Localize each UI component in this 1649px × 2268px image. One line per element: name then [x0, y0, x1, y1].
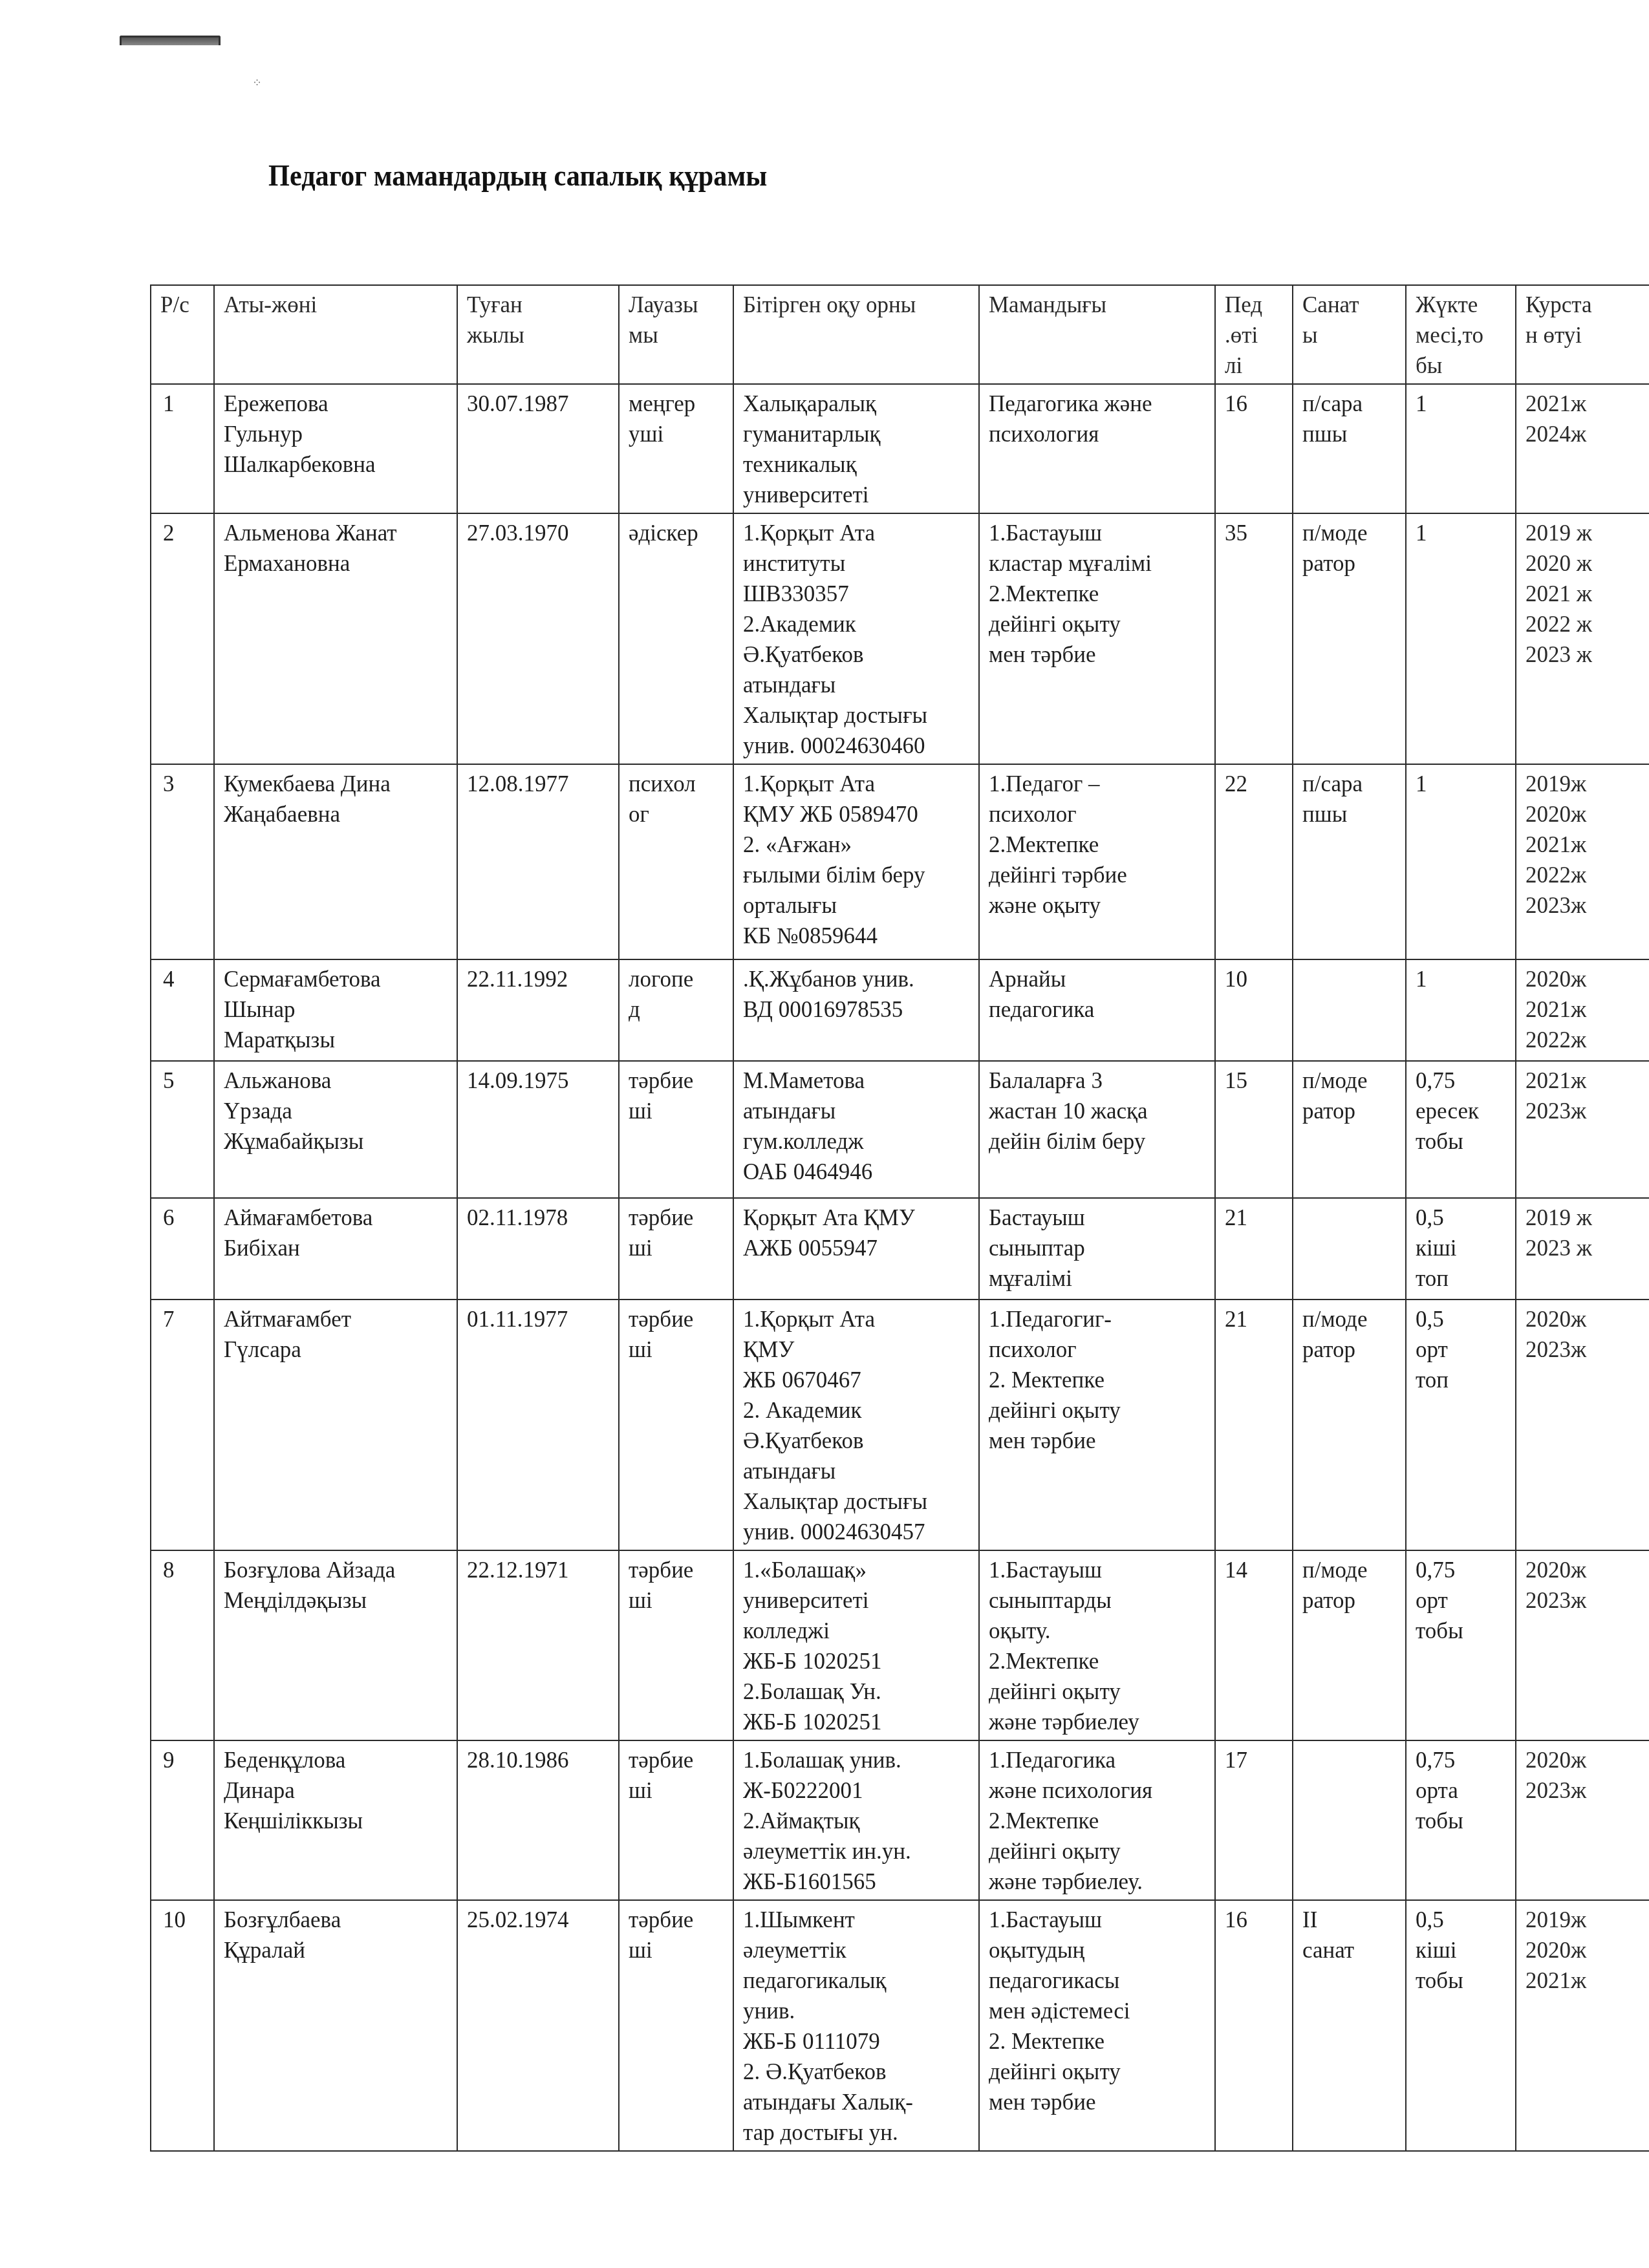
birth-date-cell: 12.08.1977 — [457, 764, 619, 959]
specialty-cell: 1.Педагогиг- психолог 2. Мектепке дейінг… — [979, 1300, 1215, 1550]
teacher-name-cell: Сермағамбетова Шынар Маратқызы — [214, 959, 457, 1061]
graduated-institution-cell: Халықаралық гуманитарлық техникалық унив… — [733, 384, 979, 513]
graduated-institution-cell: М.Маметова атындағы гум.колледж ОАБ 0464… — [733, 1061, 979, 1198]
teaching-experience-cell: 15 — [1215, 1061, 1293, 1198]
table-row: 2Альменова Жанат Ермахановна27.03.1970әд… — [151, 513, 1649, 764]
category-cell: п/моде ратор — [1293, 1061, 1406, 1198]
specialty-cell: 1.Педагогика және психология 2.Мектепке … — [979, 1740, 1215, 1900]
table-row: 6Аймағамбетова Бибіхан02.11.1978тәрбие ш… — [151, 1198, 1649, 1300]
category-cell — [1293, 1198, 1406, 1300]
graduated-institution-cell: 1.Қорқыт Ата институты ШВ330357 2.Академ… — [733, 513, 979, 764]
birth-date-cell: 14.09.1975 — [457, 1061, 619, 1198]
specialty-cell: 1.Педагог – психолог 2.Мектепке дейінгі … — [979, 764, 1215, 959]
workload-group-cell: 0,75 орт тобы — [1406, 1550, 1516, 1740]
header-name: Аты-жөні — [214, 285, 457, 384]
category-cell — [1293, 1740, 1406, 1900]
row-number-cell: 2 — [151, 513, 214, 764]
header-born: Туған жылы — [457, 285, 619, 384]
table-row: 5Альжанова Үрзада Жұмабайқызы14.09.1975т… — [151, 1061, 1649, 1198]
courses-completed-cell: 2020ж 2021ж 2022ж — [1516, 959, 1649, 1061]
position-cell: тәрбие ші — [619, 1550, 733, 1740]
teaching-experience-cell: 14 — [1215, 1550, 1293, 1740]
courses-completed-cell: 2020ж 2023ж — [1516, 1740, 1649, 1900]
category-cell — [1293, 959, 1406, 1061]
workload-group-cell: 0,75 орта тобы — [1406, 1740, 1516, 1900]
position-cell: тәрбие ші — [619, 1061, 733, 1198]
birth-date-cell: 22.12.1971 — [457, 1550, 619, 1740]
graduated-institution-cell: 1.Болашақ унив. Ж-Б0222001 2.Аймақтық әл… — [733, 1740, 979, 1900]
specialty-cell: 1.Бастауыш оқытудың педагогикасы мен әді… — [979, 1900, 1215, 2151]
workload-group-cell: 0,5 орт топ — [1406, 1300, 1516, 1550]
table-row: 1Ережепова Гульнур Шалкарбековна30.07.19… — [151, 384, 1649, 513]
workload-group-cell: 1 — [1406, 513, 1516, 764]
position-cell: логопе д — [619, 959, 733, 1061]
teaching-experience-cell: 16 — [1215, 384, 1293, 513]
table-row: 4Сермағамбетова Шынар Маратқызы22.11.199… — [151, 959, 1649, 1061]
table-row: 10Бозғұлбаева Құралай25.02.1974тәрбие ші… — [151, 1900, 1649, 2151]
birth-date-cell: 02.11.1978 — [457, 1198, 619, 1300]
courses-completed-cell: 2019ж 2020ж 2021ж 2022ж 2023ж — [1516, 764, 1649, 959]
category-cell: п/моде ратор — [1293, 513, 1406, 764]
teaching-experience-cell: 22 — [1215, 764, 1293, 959]
category-cell: п/сара пшы — [1293, 764, 1406, 959]
courses-completed-cell: 2020ж 2023ж — [1516, 1300, 1649, 1550]
workload-group-cell: 1 — [1406, 959, 1516, 1061]
table-row: 3Кумекбаева Дина Жаңабаевна12.08.1977пси… — [151, 764, 1649, 959]
teacher-name-cell: Альменова Жанат Ермахановна — [214, 513, 457, 764]
header-category: Санат ы — [1293, 285, 1406, 384]
courses-completed-cell: 2019 ж 2020 ж 2021 ж 2022 ж 2023 ж — [1516, 513, 1649, 764]
row-number-cell: 7 — [151, 1300, 214, 1550]
table-row: 8Бозғұлова Айзада Меңділдәқызы22.12.1971… — [151, 1550, 1649, 1740]
staff-table: Р/с Аты-жөні Туған жылы Лауазы мы Бітірг… — [150, 284, 1649, 2152]
position-cell: тәрбие ші — [619, 1300, 733, 1550]
birth-date-cell: 22.11.1992 — [457, 959, 619, 1061]
position-cell: тәрбие ші — [619, 1740, 733, 1900]
teaching-experience-cell: 21 — [1215, 1300, 1293, 1550]
graduated-institution-cell: 1.Қорқыт Ата ҚМУ ЖБ 0670467 2. Академик … — [733, 1300, 979, 1550]
scan-binder-mark — [120, 36, 221, 45]
courses-completed-cell: 2019 ж 2023 ж — [1516, 1198, 1649, 1300]
table-row: 9Беденқұлова Динара Кеңшіліккызы28.10.19… — [151, 1740, 1649, 1900]
position-cell: меңгер уші — [619, 384, 733, 513]
graduated-institution-cell: 1.«Болашақ» университеті колледжі ЖБ-Б 1… — [733, 1550, 979, 1740]
teacher-name-cell: Бозғұлбаева Құралай — [214, 1900, 457, 2151]
teacher-name-cell: Аймағамбетова Бибіхан — [214, 1198, 457, 1300]
table-header-row: Р/с Аты-жөні Туған жылы Лауазы мы Бітірг… — [151, 285, 1649, 384]
category-cell: II санат — [1293, 1900, 1406, 2151]
workload-group-cell: 1 — [1406, 764, 1516, 959]
header-number: Р/с — [151, 285, 214, 384]
position-cell: әдіскер — [619, 513, 733, 764]
graduated-institution-cell: .Қ.Жұбанов унив. ВД 00016978535 — [733, 959, 979, 1061]
specialty-cell: 1.Бастауыш кластар мұғалімі 2.Мектепке д… — [979, 513, 1215, 764]
category-cell: п/моде ратор — [1293, 1550, 1406, 1740]
teaching-experience-cell: 21 — [1215, 1198, 1293, 1300]
header-specialty: Мамандығы — [979, 285, 1215, 384]
teacher-name-cell: Ережепова Гульнур Шалкарбековна — [214, 384, 457, 513]
scan-speck: ⁘ — [252, 76, 262, 90]
teacher-name-cell: Айтмағамбет Гүлсара — [214, 1300, 457, 1550]
position-cell: психол ог — [619, 764, 733, 959]
row-number-cell: 4 — [151, 959, 214, 1061]
position-cell: тәрбие ші — [619, 1900, 733, 2151]
workload-group-cell: 0,5 кіші тобы — [1406, 1900, 1516, 2151]
row-number-cell: 5 — [151, 1061, 214, 1198]
workload-group-cell: 0,75 ересек тобы — [1406, 1061, 1516, 1198]
teaching-experience-cell: 16 — [1215, 1900, 1293, 2151]
teaching-experience-cell: 17 — [1215, 1740, 1293, 1900]
specialty-cell: Бастауыш сыныптар мұғалімі — [979, 1198, 1215, 1300]
teacher-name-cell: Альжанова Үрзада Жұмабайқызы — [214, 1061, 457, 1198]
specialty-cell: Арнайы педагогика — [979, 959, 1215, 1061]
teaching-experience-cell: 35 — [1215, 513, 1293, 764]
row-number-cell: 10 — [151, 1900, 214, 2151]
birth-date-cell: 01.11.1977 — [457, 1300, 619, 1550]
row-number-cell: 6 — [151, 1198, 214, 1300]
category-cell: п/сара пшы — [1293, 384, 1406, 513]
table-row: 7Айтмағамбет Гүлсара01.11.1977тәрбие ші1… — [151, 1300, 1649, 1550]
row-number-cell: 1 — [151, 384, 214, 513]
row-number-cell: 8 — [151, 1550, 214, 1740]
birth-date-cell: 27.03.1970 — [457, 513, 619, 764]
courses-completed-cell: 2020ж 2023ж — [1516, 1550, 1649, 1740]
graduated-institution-cell: Қорқыт Ата ҚМУ АЖБ 0055947 — [733, 1198, 979, 1300]
courses-completed-cell: 2021ж 2023ж — [1516, 1061, 1649, 1198]
specialty-cell: Балаларға 3 жастан 10 жасқа дейін білім … — [979, 1061, 1215, 1198]
header-experience: Пед .өті лі — [1215, 285, 1293, 384]
header-school: Бітірген оқу орны — [733, 285, 979, 384]
row-number-cell: 9 — [151, 1740, 214, 1900]
teacher-name-cell: Бозғұлова Айзада Меңділдәқызы — [214, 1550, 457, 1740]
position-cell: тәрбие ші — [619, 1198, 733, 1300]
courses-completed-cell: 2019ж 2020ж 2021ж — [1516, 1900, 1649, 2151]
teacher-name-cell: Беденқұлова Динара Кеңшіліккызы — [214, 1740, 457, 1900]
graduated-institution-cell: 1.Шымкент әлеуметтік педагогикалық унив.… — [733, 1900, 979, 2151]
courses-completed-cell: 2021ж 2024ж — [1516, 384, 1649, 513]
specialty-cell: 1.Бастауыш сыныптарды оқыту. 2.Мектепке … — [979, 1550, 1215, 1740]
graduated-institution-cell: 1.Қорқыт Ата ҚМУ ЖБ 0589470 2. «Ағжан» ғ… — [733, 764, 979, 959]
birth-date-cell: 28.10.1986 — [457, 1740, 619, 1900]
workload-group-cell: 0,5 кіші топ — [1406, 1198, 1516, 1300]
header-load: Жүкте месі,то бы — [1406, 285, 1516, 384]
row-number-cell: 3 — [151, 764, 214, 959]
header-position: Лауазы мы — [619, 285, 733, 384]
teaching-experience-cell: 10 — [1215, 959, 1293, 1061]
birth-date-cell: 30.07.1987 — [457, 384, 619, 513]
birth-date-cell: 25.02.1974 — [457, 1900, 619, 2151]
workload-group-cell: 1 — [1406, 384, 1516, 513]
document-title: Педагог мамандардың сапалық құрамы — [268, 158, 767, 193]
category-cell: п/моде ратор — [1293, 1300, 1406, 1550]
specialty-cell: Педагогика және психология — [979, 384, 1215, 513]
teacher-name-cell: Кумекбаева Дина Жаңабаевна — [214, 764, 457, 959]
header-courses: Курста н өтуі — [1516, 285, 1649, 384]
